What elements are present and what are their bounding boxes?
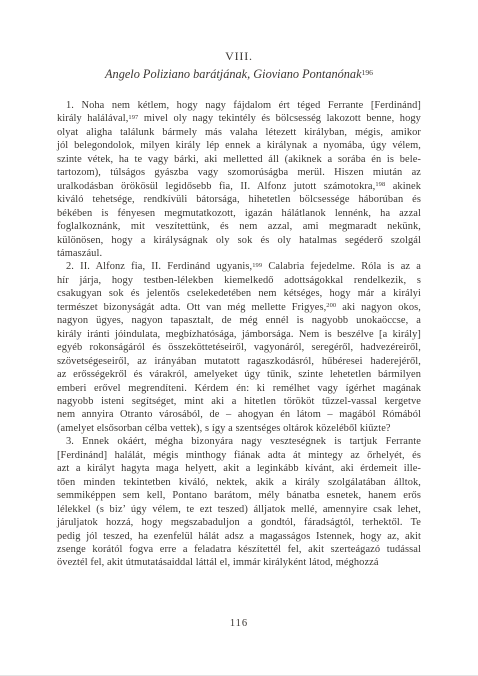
chapter-title-footnote-marker: 196: [362, 68, 373, 77]
text-line: pedig jól teszed, ha ezenfelül hálát ads…: [57, 530, 421, 543]
text-line: király iránti jóindulata, megbízhatósága…: [57, 328, 421, 341]
text-line: emberi erővel megrendíteni. Kérdem én: k…: [57, 382, 421, 395]
text-line: 1. Noha nem kétlem, hogy nagy fájdalom é…: [57, 99, 421, 112]
text-line: (amelyet elsősorban célba vettek), s így…: [57, 422, 421, 435]
text-line: támaszául.: [57, 247, 421, 260]
text-line: szinte vétek, ha te vagy bárki, aki mell…: [57, 153, 421, 166]
text-line: egyéb rokonságáról és összeköttetéseiről…: [57, 341, 421, 354]
text-line: 2. II. Alfonz fia, II. Ferdinánd ugyanis…: [57, 260, 421, 273]
footnote-marker: 199: [252, 262, 262, 269]
text-line: [Ferdinánd] halálát, mégis minthogy fián…: [57, 449, 421, 462]
text-line: 3. Ennek okáért, mégha bizonyára nagy ve…: [57, 435, 421, 448]
text-line: azt a királyt hagyta maga helyett, akit …: [57, 462, 421, 475]
text-line: kiváló tehetsége, rendkívüli bátorsága, …: [57, 193, 421, 206]
text-line: uralkodásban örökösül legidősebb fia, II…: [57, 180, 421, 193]
footnote-marker: 200: [326, 302, 336, 309]
chapter-title-text: Angelo Poliziano barátjának, Gioviano Po…: [105, 67, 362, 81]
text-line: foglalkoznánk, mit veszítettünk, és nem …: [57, 220, 421, 233]
text-line: olyat aligha találunk bármely más valaha…: [57, 126, 421, 139]
text-line: zsenge korától fogva erre a feladatra ké…: [57, 543, 421, 556]
paragraph: 1. Noha nem kétlem, hogy nagy fájdalom é…: [57, 99, 421, 260]
text-line: természet bizonyságát adta. Ott van még …: [57, 301, 421, 314]
text-line: hír járja, hogy testben-lélekben kiemelk…: [57, 274, 421, 287]
text-line: tően minden tekintetben kiváló, nektek, …: [57, 476, 421, 489]
text-line: jól belegondolok, milyen király lép enne…: [57, 139, 421, 152]
page: VIII. Angelo Poliziano barátjának, Giovi…: [0, 0, 478, 676]
text-line: öveztél fel, akit útmutatásaiddal láttál…: [57, 556, 421, 569]
text-line: szövetségeseiről, az irányában mutatott …: [57, 355, 421, 368]
paragraph: 3. Ennek okáért, mégha bizonyára nagy ve…: [57, 435, 421, 570]
footnote-marker: 197: [128, 114, 138, 121]
text-line: nagyon ügyes, nagyon tapasztalt, de még …: [57, 314, 421, 327]
text-line: nem annyira Otranto városából, de – ahog…: [57, 408, 421, 421]
text-line: király halálával,197 mivel oly nagy teki…: [57, 112, 421, 125]
chapter-number: VIII.: [0, 0, 478, 64]
text-line: az erősségekről és várakról, amelyeket ú…: [57, 368, 421, 381]
text-line: békében is fényesen megmutatkozott, igaz…: [57, 207, 421, 220]
text-line: tartozom), túlságos gyászba vagy szomorú…: [57, 166, 421, 179]
text-line: lélekkel (s biz’ úgy vélem, te ezt tesze…: [57, 503, 421, 516]
footnote-marker: 198: [375, 181, 385, 188]
text-line: semmiképpen sem kell, Pontano barátom, m…: [57, 489, 421, 502]
page-number: 116: [0, 618, 478, 629]
text-line: csakugyan sok és jelentős cselekedetében…: [57, 287, 421, 300]
text-line: járuljatok hozzá, hogy megszabaduljon a …: [57, 516, 421, 529]
text-line: nagyobb isteni segítséget, mint aki a hi…: [57, 395, 421, 408]
text-line: különösen, hogy a királyságnak oly sok é…: [57, 234, 421, 247]
chapter-title: Angelo Poliziano barátjának, Gioviano Po…: [0, 67, 478, 82]
body-text: 1. Noha nem kétlem, hogy nagy fájdalom é…: [57, 99, 421, 570]
paragraph: 2. II. Alfonz fia, II. Ferdinánd ugyanis…: [57, 260, 421, 435]
